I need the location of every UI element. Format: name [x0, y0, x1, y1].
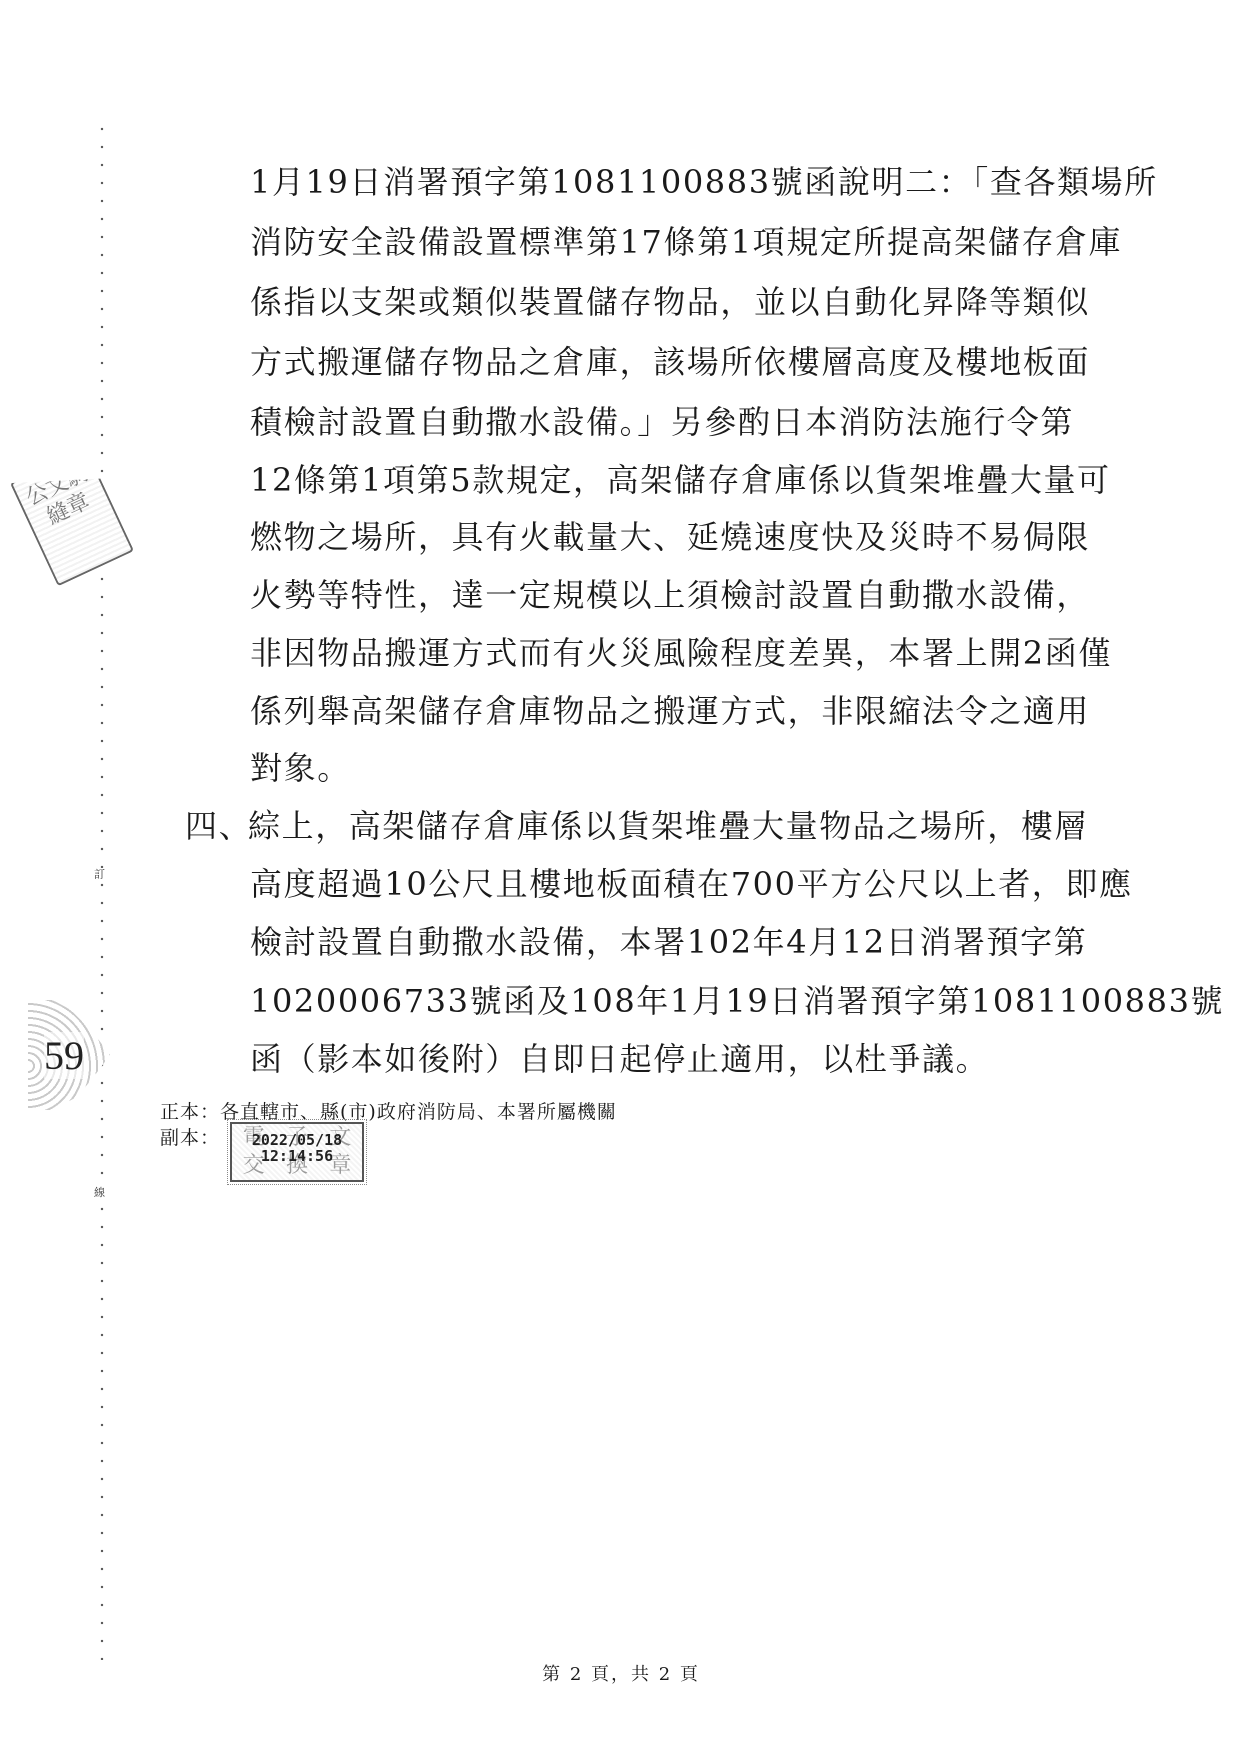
seam-seal-stamp: 公文騎縫章 [10, 448, 134, 587]
stamp-date: 2022/05/18 [232, 1132, 362, 1148]
binding-label-ding: 訂 [94, 868, 105, 882]
page-number-seal: 59 [28, 1000, 110, 1110]
body-line: 對象。 [250, 748, 351, 788]
body-line: 火勢等特性，達一定規模以上須檢討設置自動撒水設備， [250, 575, 1090, 615]
stamp-time: 12:14:56 [232, 1148, 362, 1164]
binding-line [100, 120, 104, 1660]
body-line: 12條第1項第5款規定，高架儲存倉庫係以貨架堆疊大量可 [250, 460, 1111, 500]
item4-line: 綜上，高架儲存倉庫係以貨架堆疊大量物品之場所，樓層 [248, 806, 1088, 846]
item4-line: 函（影本如後附）自即日起停止適用，以杜爭議。 [250, 1039, 989, 1079]
seam-seal-text: 公文騎縫章 [13, 450, 114, 545]
original-recipients: 各直轄市、縣(市)政府消防局、本署所屬機關 [220, 1101, 617, 1123]
electronic-document-stamp: 電 子 文 交 換 章 2022/05/18 12:14:56 [230, 1122, 364, 1182]
body-line: 1月19日消署預字第1081100883號函說明二：「查各類場所 [250, 162, 1158, 202]
item-marker-4: 四、 [185, 806, 252, 846]
item4-line: 高度超過10公尺且樓地板面積在700平方公尺以上者，即應 [250, 864, 1133, 904]
copy-label: 副本： [160, 1127, 220, 1149]
body-line: 係列舉高架儲存倉庫物品之搬運方式，非限縮法令之適用 [250, 691, 1090, 731]
original-label: 正本： [160, 1101, 220, 1123]
body-line: 燃物之場所，具有火載量大、延燒速度快及災時不易侷限 [250, 517, 1090, 557]
page-footer: 第 2 頁，共 2 頁 [0, 1660, 1242, 1686]
item4-line: 1020006733號函及108年1月19日消署預字第1081100883號 [250, 981, 1224, 1021]
item4-line: 檢討設置自動撒水設備，本署102年4月12日消署預字第 [250, 922, 1087, 962]
binding-label-xian: 線 [94, 1186, 105, 1200]
body-line: 係指以支架或類似裝置儲存物品，並以自動化昇降等類似 [250, 282, 1090, 322]
original-recipients-row: 正本：各直轄市、縣(市)政府消防局、本署所屬機關 [160, 1100, 617, 1124]
copy-recipients-row: 副本： [160, 1126, 220, 1150]
body-line: 消防安全設備設置標準第17條第1項規定所提高架儲存倉庫 [250, 222, 1122, 262]
body-line: 積檢討設置自動撒水設備。」另參酌日本消防法施行令第 [250, 402, 1074, 442]
body-line: 方式搬運儲存物品之倉庫，該場所依樓層高度及樓地板面 [250, 342, 1090, 382]
page-seal-number: 59 [44, 1032, 84, 1079]
body-line: 非因物品搬運方式而有火災風險程度差異，本署上開2函僅 [250, 633, 1112, 673]
